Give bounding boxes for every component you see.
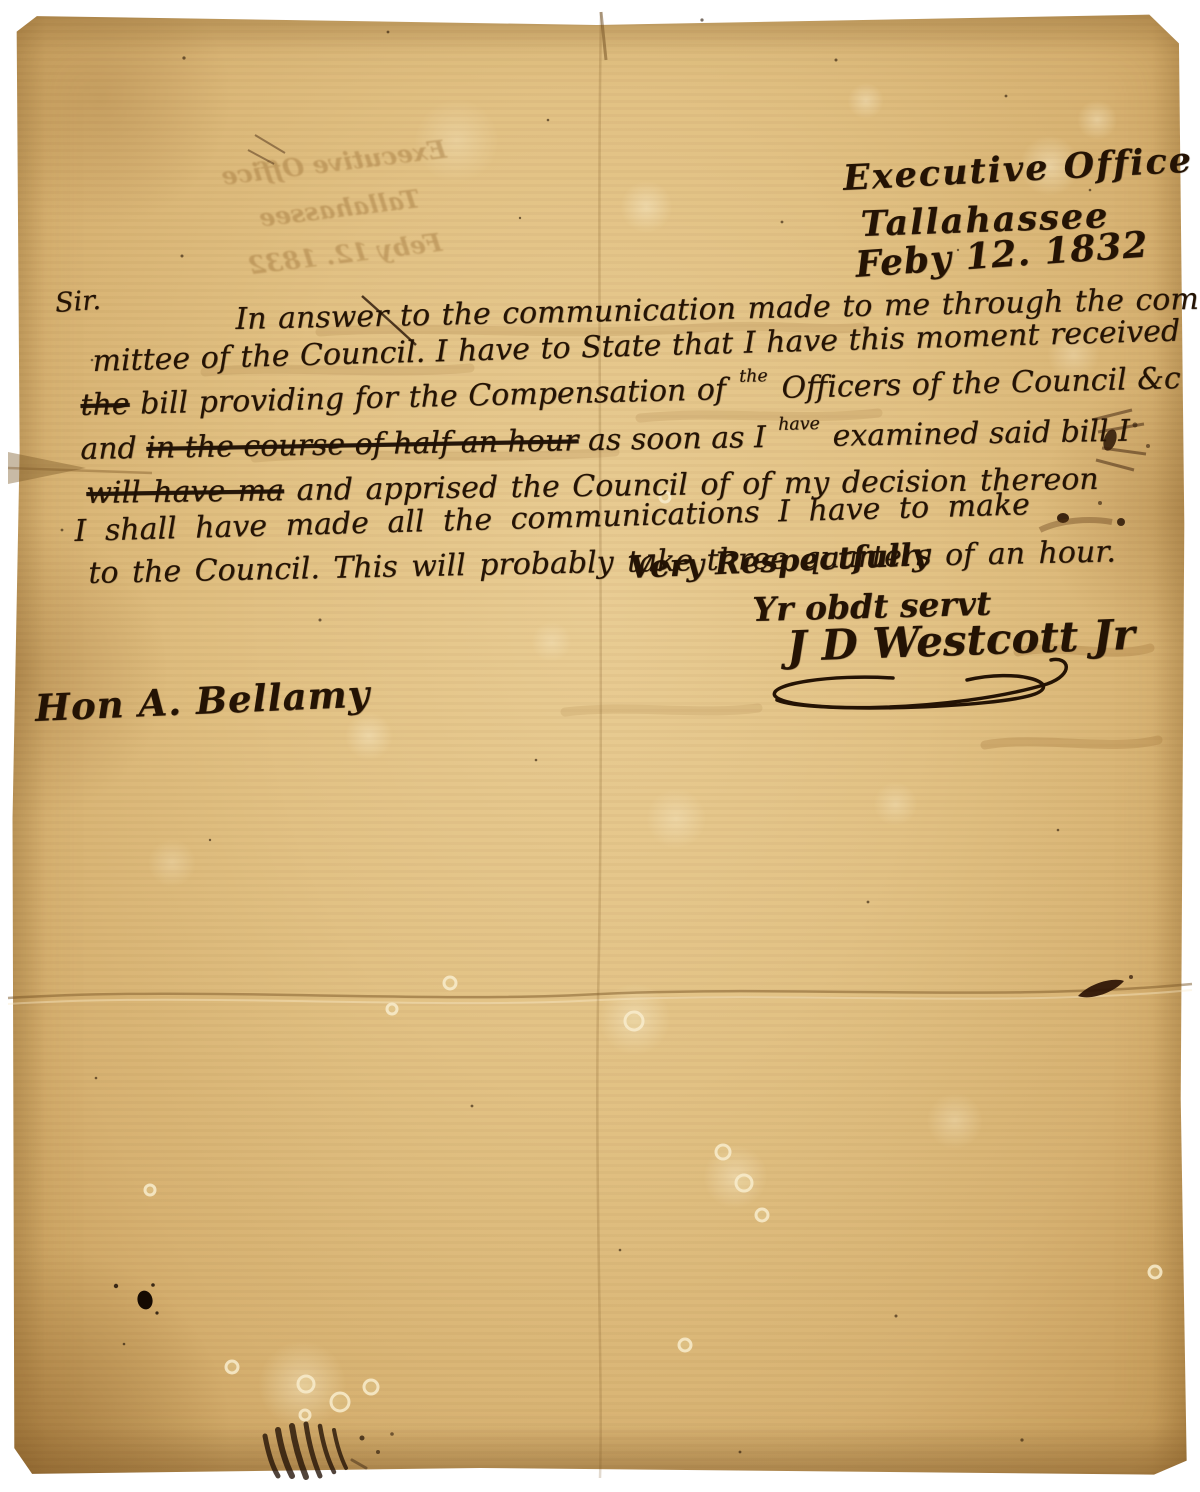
fold-crease-vertical [597, 12, 606, 1478]
strikethrough-segment: will have ma [86, 473, 284, 511]
inserted-word: the [739, 367, 768, 388]
text-segment: as soon as I [578, 420, 776, 458]
salutation: Sir. [54, 285, 102, 319]
fold-crease-horizontal [8, 984, 1192, 1004]
inserted-word: have [778, 415, 820, 436]
text-segment: and [80, 431, 147, 467]
fingerprint-smudge [265, 1424, 394, 1477]
signature-flourish [765, 654, 1075, 716]
ink-blob-left [114, 1283, 159, 1345]
text-segment: examined said bill I [823, 414, 1131, 454]
strikethrough-segment: the [80, 387, 130, 423]
